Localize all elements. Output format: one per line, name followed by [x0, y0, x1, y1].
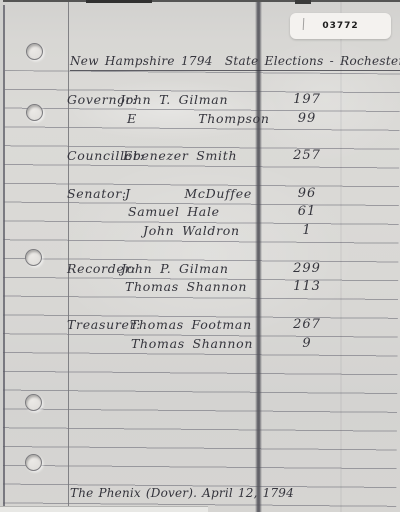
candidate-name: Thomas Shannon: [131, 336, 253, 351]
catalog-label-sticker: 03772: [290, 13, 391, 39]
punch-hole-4: [25, 394, 42, 411]
entry-row: John Waldron 1: [0, 223, 400, 239]
candidate-name: John Waldron: [143, 223, 240, 238]
faint-fold-line: [340, 0, 342, 512]
candidate-name: J McDuffee: [125, 186, 252, 201]
entry-row-treasurer: Treasurer: Thomas Footman 267: [0, 317, 400, 333]
scan-edge-left: [3, 5, 5, 512]
scan-edge-top-smudge: [86, 0, 152, 3]
vote-count: 1: [286, 223, 328, 238]
entry-row-councillor: Councillor: Ebenezer Smith 257: [0, 148, 400, 164]
candidate-name: Samuel Hale: [128, 204, 220, 219]
scan-edge-top: [0, 0, 400, 2]
candidate-name: Thomas Footman: [130, 317, 252, 332]
scan-edge-bottom: [0, 506, 208, 512]
page-title: New Hampshire 1794 State Elections - Roc…: [70, 54, 400, 71]
office-label: Senator:: [67, 186, 127, 201]
vote-count: 99: [286, 111, 328, 126]
candidate-name: E Thompson: [127, 111, 270, 126]
page-crease-line: [255, 0, 262, 512]
vote-count: 267: [286, 317, 328, 332]
vote-count: 61: [286, 204, 328, 219]
entry-row: Thomas Shannon 9: [0, 336, 400, 352]
vote-count: 257: [286, 148, 328, 163]
entry-row-senator: Senator: J McDuffee 96: [0, 186, 400, 202]
candidate-name: Thomas Shannon: [125, 279, 247, 294]
candidate-name: Ebenezer Smith: [123, 148, 237, 163]
vote-count: 96: [286, 186, 328, 201]
vote-count: 113: [286, 279, 328, 294]
candidate-name: John T. Gilman: [120, 92, 228, 107]
catalog-number: 03772: [290, 21, 391, 31]
margin-line: [68, 0, 69, 512]
source-citation: The Phenix (Dover). April 12, 1794: [70, 486, 294, 501]
entry-row: E Thompson 99: [0, 111, 400, 127]
candidate-name: John P. Gilman: [121, 261, 229, 276]
punch-hole-5: [25, 454, 42, 471]
vote-count: 299: [286, 261, 328, 276]
entry-row: Samuel Hale 61: [0, 204, 400, 220]
scan-edge-top-notch: [295, 0, 311, 4]
punch-hole-1: [26, 43, 43, 60]
scanned-document-page: 03772 New Hampshire 1794 State Elections…: [0, 0, 400, 512]
entry-row: Thomas Shannon 113: [0, 279, 400, 295]
vote-count: 9: [286, 336, 328, 351]
entry-row-governor: Governor: John T. Gilman 197: [0, 92, 400, 108]
entry-row-recorder: Recorder: John P. Gilman 299: [0, 261, 400, 277]
vote-count: 197: [286, 92, 328, 107]
